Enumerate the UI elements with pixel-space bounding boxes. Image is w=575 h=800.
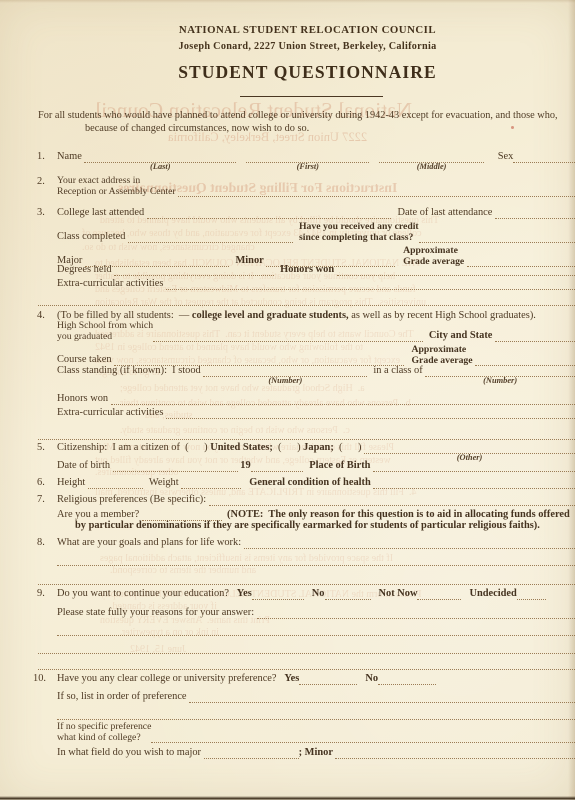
row-extracurricular-4: Extra-curricular activities [0, 406, 575, 419]
field-label: Honors won [280, 263, 337, 276]
row-name: 1.Name (Last)(First)(Middle)Sex [0, 150, 575, 163]
fill-in-blank [38, 642, 575, 654]
fill-in-blank [181, 477, 241, 489]
item-number: 1. [37, 150, 45, 163]
row-preference: 10.Have you any clear college or univers… [0, 672, 575, 685]
spacer [241, 488, 249, 489]
field-label: Class completed [57, 230, 128, 243]
field-label: No [365, 672, 378, 685]
fill-in-blank [113, 460, 238, 472]
fill-in-blank [244, 537, 575, 549]
row-class-standing: Class standing (if known): I stood (Numb… [0, 364, 575, 377]
page-edge-bottom [0, 796, 575, 800]
field-label: Japan; [303, 441, 334, 454]
row-address: 2.Your exact address inReception or Asse… [0, 176, 575, 197]
field-label: Citizenship: I am a citizen of ( ) [57, 441, 210, 454]
row-continuation [0, 573, 575, 585]
field-label: If so, list in order of preference [57, 690, 189, 703]
fill-in-blank [38, 573, 575, 585]
field-label: Religious preferences (Be specific): [57, 493, 209, 506]
field-label: Extra-curricular activities [57, 406, 166, 419]
fill-in-blank [128, 231, 293, 243]
field-label: Sex [498, 150, 514, 163]
fill-in-blank [166, 278, 575, 290]
organization-name: NATIONAL STUDENT RELOCATION COUNCIL [40, 24, 575, 36]
fill-in-blank [38, 658, 575, 670]
fill-in-blank: (Middle) [379, 151, 483, 163]
field-label: Not Now [379, 587, 418, 600]
row-extracurricular-3: Extra-curricular activities [0, 277, 575, 290]
spacer [484, 162, 498, 163]
intro-line-2: because of changed circumstances, now wi… [85, 123, 309, 134]
fill-in-blank [178, 185, 575, 197]
row-religion: 7.Religious preferences (Be specific): [0, 493, 575, 506]
fill-in-blank [417, 588, 461, 600]
ink-speck [511, 126, 514, 129]
field-caption: (Middle) [417, 162, 447, 171]
fill-in-blank [38, 294, 575, 306]
row-honors-4: Honors won [0, 392, 575, 405]
fill-in-blank [373, 460, 575, 472]
field-label-stacked: ApproximateGrade average [412, 345, 475, 366]
item-number: 7. [37, 493, 45, 506]
field-label-stacked: If no specific preferencewhat kind of co… [57, 722, 151, 743]
fill-in-blank [373, 477, 575, 489]
spacer [461, 599, 469, 600]
fill-in-blank [325, 588, 371, 600]
field-label: Have you any clear college or university… [57, 672, 284, 685]
field-label: Date of birth [57, 459, 113, 472]
field-label: In what field do you wish to major [57, 746, 204, 759]
field-label: Name [57, 150, 84, 163]
field-label: Yes [284, 672, 299, 685]
field-caption: (Number) [268, 376, 302, 385]
field-label: Degrees held [57, 263, 114, 276]
row-continue-education: 9.Do you want to continue your education… [0, 587, 575, 600]
field-label: Undecided [469, 587, 516, 600]
fill-in-blank [299, 673, 357, 685]
row-major-field: In what field do you wish to major ; Min… [0, 746, 575, 759]
fill-in-blank [151, 731, 575, 743]
field-label: Yes [237, 587, 252, 600]
row-highschool: High School from whichyou graduated City… [0, 321, 575, 342]
item-number: 5. [37, 441, 45, 454]
field-label: Place of Birth [307, 459, 373, 472]
item-number: 2. [37, 175, 45, 188]
fill-in-blank [513, 151, 575, 163]
fill-in-blank [111, 393, 575, 405]
spacer [236, 162, 246, 163]
field-label: Extra-curricular activities [57, 277, 166, 290]
field-label: in a class of [373, 364, 425, 377]
field-label: General condition of health [249, 476, 373, 489]
spacer [369, 162, 379, 163]
title-underline [240, 96, 383, 97]
fill-in-blank [38, 428, 575, 440]
field-label: Height [57, 476, 88, 489]
item-number: 10. [33, 672, 46, 685]
fill-in-blank [57, 624, 575, 636]
row-reasons: Please state fully your reasons for your… [0, 606, 575, 619]
row-continuation [0, 624, 575, 636]
fill-in-blank: (Other) [364, 442, 575, 454]
fill-in-blank [419, 231, 575, 243]
spacer [304, 599, 312, 600]
row-continuation [0, 294, 575, 306]
fill-in-blank [166, 407, 575, 419]
row-citizenship: 5.Citizenship: I am a citizen of ( ) Uni… [0, 441, 575, 454]
field-label: ; Minor [299, 746, 336, 759]
field-label: Date of last attendance [397, 206, 495, 219]
row-course: Course taken ApproximateGrade average [0, 345, 575, 366]
field-label: United States; [210, 441, 273, 454]
fill-in-blank [378, 673, 436, 685]
fill-in-blank [209, 494, 575, 506]
row-degrees: Degrees held Honors won [0, 263, 575, 276]
row-continuation [0, 428, 575, 440]
row-birth: Date of birth 19 Place of Birth [0, 459, 575, 472]
field-label: by particular denominations if they are … [75, 519, 540, 532]
fill-in-blank [153, 330, 423, 342]
fill-in-blank [251, 460, 303, 472]
field-label: Honors won [57, 392, 111, 405]
fill-in-blank [57, 554, 575, 566]
item-number: 9. [37, 587, 45, 600]
field-label: Weight [149, 476, 181, 489]
row-physical: 6.Height Weight General condition of hea… [0, 476, 575, 489]
row-continuation [0, 554, 575, 566]
spacer [371, 599, 379, 600]
field-caption: (Last) [150, 162, 170, 171]
fill-in-blank: (Last) [84, 151, 236, 163]
fill-in-blank [495, 207, 575, 219]
fill-in-blank [335, 747, 575, 759]
scanned-questionnaire-page: National Student Relocation Council2227 … [0, 0, 575, 800]
field-label-stacked: High School from whichyou graduated [57, 321, 153, 342]
row-class-completed: Class completed Have you received any cr… [0, 222, 575, 243]
field-label: College last attended [57, 206, 147, 219]
fill-in-blank [252, 588, 304, 600]
page-edge-top [0, 0, 575, 3]
row-kind-of-college: If no specific preferencewhat kind of co… [0, 722, 575, 743]
field-label: Please state fully your reasons for your… [57, 606, 257, 619]
row-goals: 8.What are your goals and plans for life… [0, 536, 575, 549]
item-number: 3. [37, 206, 45, 219]
fill-in-blank [114, 264, 274, 276]
row-continuation [0, 658, 575, 670]
intro-line-1: For all students who would have planned … [38, 110, 558, 121]
field-label: What are your goals and plans for life w… [57, 536, 244, 549]
item-number: 6. [37, 476, 45, 489]
fill-in-blank: (First) [246, 151, 369, 163]
spacer [357, 684, 365, 685]
fill-in-blank [495, 330, 575, 342]
field-label: City and State [429, 329, 495, 342]
field-label-stacked: Your exact address inReception or Assemb… [57, 176, 178, 197]
organization-address: Joseph Conard, 2227 Union Street, Berkel… [40, 41, 575, 52]
field-label: Class standing (if known): I stood [57, 364, 203, 377]
field-label-stacked: Have you received any creditsince comple… [299, 222, 419, 243]
fill-in-blank [257, 607, 575, 619]
item-number: 8. [37, 536, 45, 549]
fill-in-blank [88, 477, 143, 489]
field-label: Do you want to continue your education? [57, 587, 237, 600]
field-caption: (Number) [483, 376, 517, 385]
page-title: STUDENT QUESTIONNAIRE [40, 62, 575, 83]
row-college: 3.College last attended Date of last att… [0, 206, 575, 219]
field-caption: (First) [297, 162, 319, 171]
row-member-note2: by particular denominations if they are … [0, 519, 575, 532]
row-continuation [0, 642, 575, 654]
field-label: 19 [238, 459, 251, 472]
fill-in-blank [517, 588, 546, 600]
spacer [436, 684, 575, 685]
field-label: ( ) [273, 441, 303, 454]
row-preference-list: If so, list in order of preference [0, 690, 575, 703]
field-label: ( ) [334, 441, 364, 454]
fill-in-blank: (Number) [425, 365, 575, 377]
field-label: No [312, 587, 325, 600]
page-edge-right [568, 0, 575, 800]
fill-in-blank: (Number) [203, 365, 367, 377]
fill-in-blank [337, 264, 575, 276]
row-continuation [0, 708, 575, 720]
fill-in-blank [204, 747, 299, 759]
fill-in-blank [147, 207, 392, 219]
fill-in-blank [189, 691, 575, 703]
fill-in-blank [57, 708, 575, 720]
